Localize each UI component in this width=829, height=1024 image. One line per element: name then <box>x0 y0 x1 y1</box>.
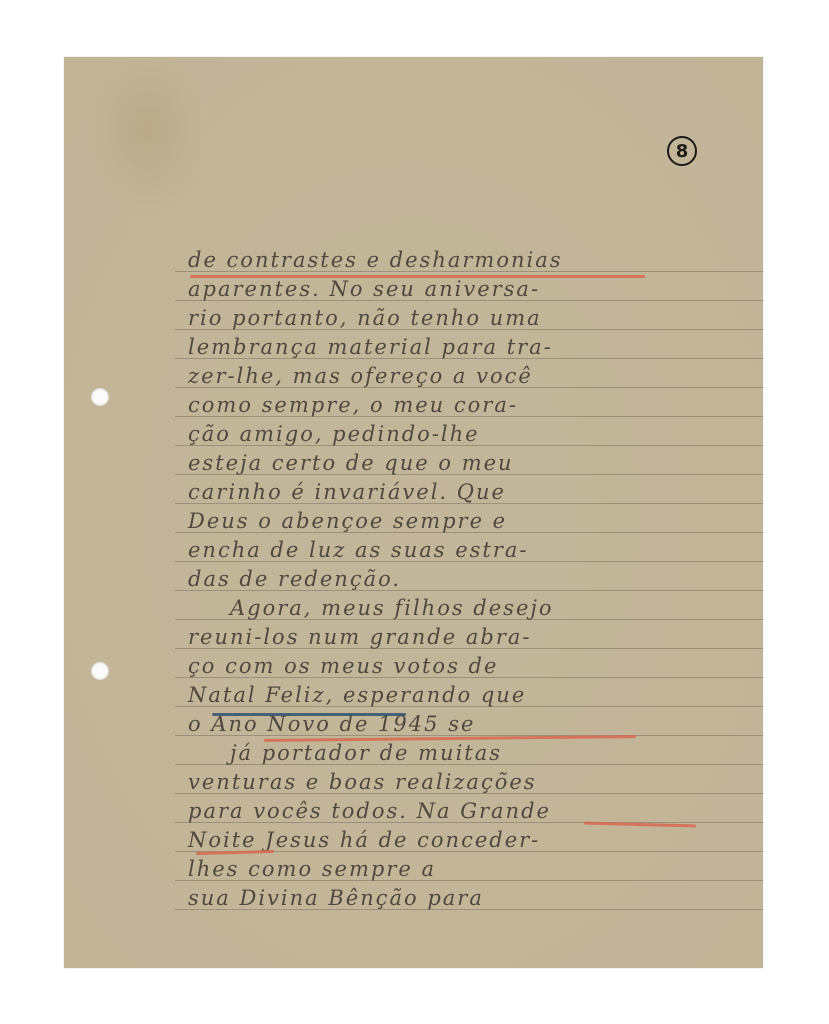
text-line: esteja certo de que o meu <box>188 449 763 478</box>
text-line: Agora, meus filhos desejo <box>230 594 805 623</box>
red-underline-contrastes <box>190 275 645 278</box>
text-line: reuni-los num grande abra- <box>188 623 763 652</box>
punch-hole-bottom <box>91 662 109 680</box>
text-line: rio portanto, não tenho uma <box>188 304 763 333</box>
text-line: Noite Jesus há de conceder- <box>188 826 763 855</box>
page-number-circle: 8 <box>667 136 697 166</box>
text-line: de contrastes e desharmonias <box>188 246 763 275</box>
text-line: Natal Feliz, esperando que <box>188 681 763 710</box>
text-line: aparentes. No seu aniversa- <box>188 275 763 304</box>
blue-underline-natal-feliz <box>212 713 406 716</box>
text-line: já portador de muitas <box>230 739 805 768</box>
text-line: como sempre, o meu cora- <box>188 391 763 420</box>
text-line: ção amigo, pedindo-lhe <box>188 420 763 449</box>
text-line: venturas e boas realizações <box>188 768 763 797</box>
text-line: lhes como sempre a <box>188 855 763 884</box>
punch-hole-top <box>91 388 109 406</box>
text-line: encha de luz as suas estra- <box>188 536 763 565</box>
text-line: zer-lhe, mas ofereço a você <box>188 362 763 391</box>
text-line: ço com os meus votos de <box>188 652 763 681</box>
text-line: para vocês todos. Na Grande <box>188 797 763 826</box>
text-line: das de redenção. <box>188 565 763 594</box>
text-line: lembrança material para tra- <box>188 333 763 362</box>
text-line: carinho é invariável. Que <box>188 478 763 507</box>
text-line: sua Divina Bênção para <box>188 884 763 913</box>
text-line: Deus o abençoe sempre e <box>188 507 763 536</box>
